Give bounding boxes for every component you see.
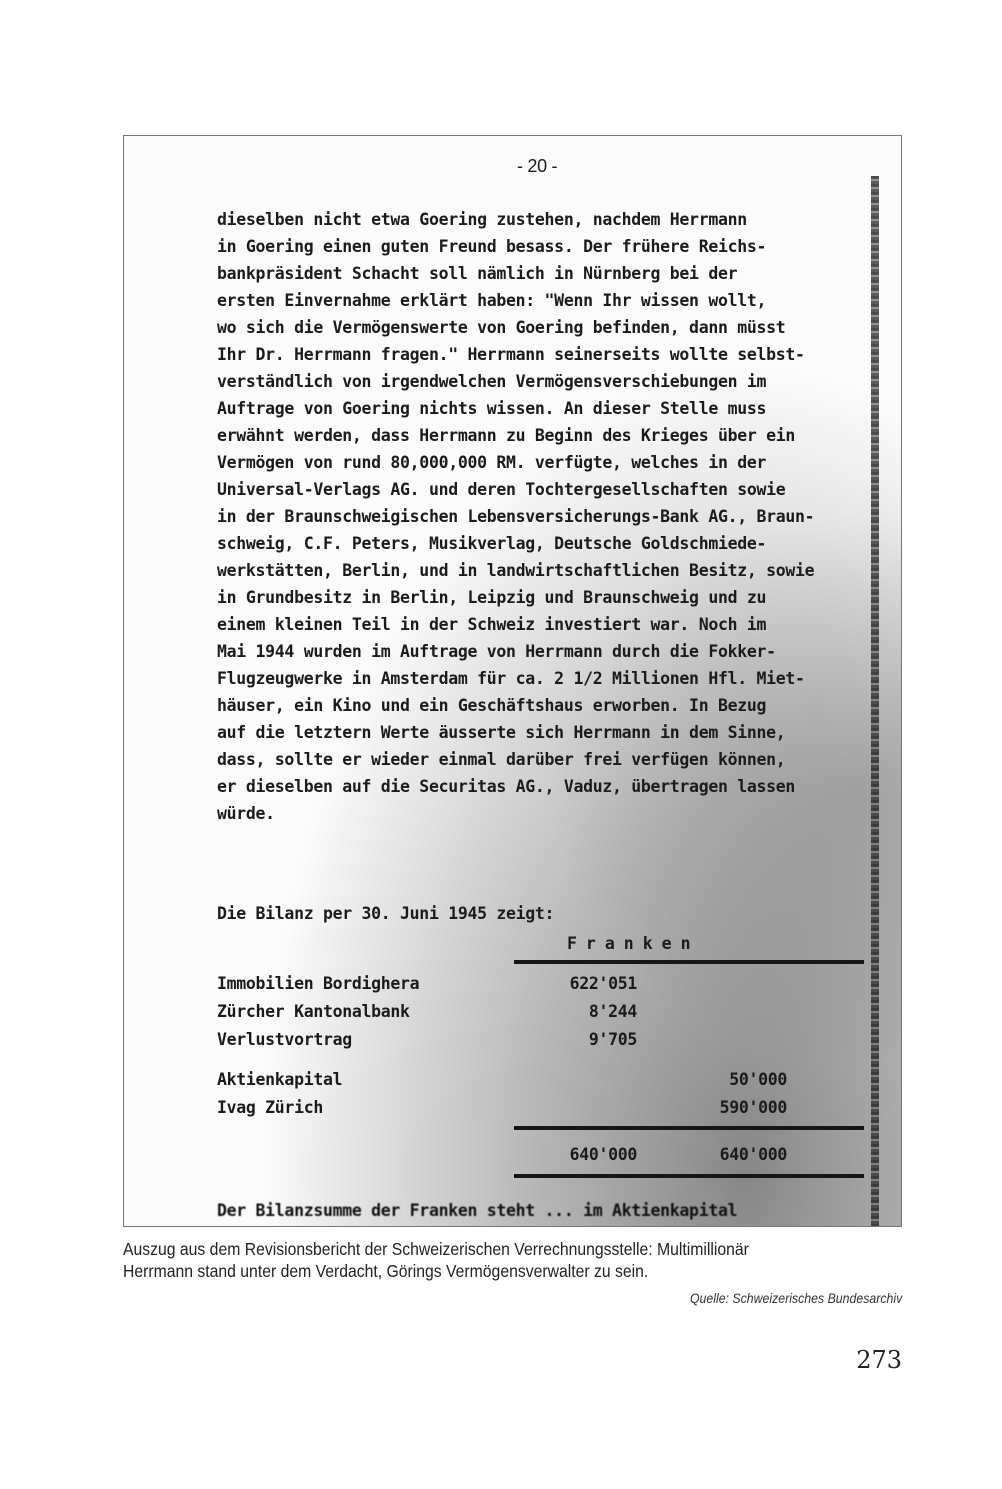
figure-caption: Auszug aus dem Revisionsbericht der Schw… <box>123 1238 825 1282</box>
total-liabilities: 640'000 <box>667 1141 787 1168</box>
scanned-document: - 20 - dieselben nicht etwa Goering zust… <box>123 135 902 1227</box>
paragraph-line: er dieselben auf die Securitas AG., Vadu… <box>217 773 887 800</box>
paragraph-line: werkstätten, Berlin, und in landwirtscha… <box>217 557 887 584</box>
balance-row: Aktienkapital 50'000 <box>217 1066 817 1093</box>
total-assets: 640'000 <box>517 1141 637 1168</box>
row-value: 622'051 <box>517 970 637 997</box>
table-rule-bottom <box>514 1174 864 1178</box>
row-value: 50'000 <box>667 1066 787 1093</box>
paragraph-line: einem kleinen Teil in der Schweiz invest… <box>217 611 887 638</box>
paragraph-line: Mai 1944 wurden im Auftrage von Herrmann… <box>217 638 887 665</box>
paragraph-line: Vermögen von rund 80,000,000 RM. verfügt… <box>217 449 887 476</box>
document-page-marker: - 20 - <box>517 156 557 177</box>
paragraph-line: in Grundbesitz in Berlin, Leipzig und Br… <box>217 584 887 611</box>
paragraph-line: ersten Einvernahme erklärt haben: "Wenn … <box>217 287 887 314</box>
table-rule-middle <box>514 1126 864 1130</box>
page-number: 273 <box>856 1346 902 1374</box>
row-label: Verlustvortrag <box>217 1026 352 1053</box>
row-value: 9'705 <box>517 1026 637 1053</box>
balance-row: Immobilien Bordighera 622'051 <box>217 970 817 997</box>
paragraph-line: auf die letztern Werte äusserte sich Her… <box>217 719 887 746</box>
balance-row: Zürcher Kantonalbank 8'244 <box>217 998 817 1025</box>
paragraph-line: Universal-Verlags AG. und deren Tochterg… <box>217 476 887 503</box>
paragraph-line: würde. <box>217 800 887 827</box>
row-label: Immobilien Bordighera <box>217 970 419 997</box>
document-last-line: Der Bilanzsumme der Franken steht ... im… <box>217 1201 887 1220</box>
row-value: 590'000 <box>667 1094 787 1121</box>
paragraph-line: wo sich die Vermögenswerte von Goering b… <box>217 314 887 341</box>
balance-row: Verlustvortrag 9'705 <box>217 1026 817 1053</box>
balance-totals-row: 640'000 640'000 <box>217 1141 817 1168</box>
row-label: Zürcher Kantonalbank <box>217 998 410 1025</box>
paragraph-line: Ihr Dr. Herrmann fragen." Herrmann seine… <box>217 341 887 368</box>
paragraph-line: in Goering einen guten Freund besass. De… <box>217 233 887 260</box>
document-paragraph: dieselben nicht etwa Goering zustehen, n… <box>217 206 887 827</box>
balance-row: Ivag Zürich 590'000 <box>217 1094 817 1121</box>
paragraph-line: dass, sollte er wieder einmal darüber fr… <box>217 746 887 773</box>
row-label: Aktienkapital <box>217 1066 342 1093</box>
caption-line: Herrmann stand unter dem Verdacht, Görin… <box>123 1260 825 1282</box>
paragraph-line: Auftrage von Goering nichts wissen. An d… <box>217 395 887 422</box>
paragraph-line: verständlich von irgendwelchen Vermögens… <box>217 368 887 395</box>
caption-line: Auszug aus dem Revisionsbericht der Schw… <box>123 1238 825 1260</box>
paragraph-line: schweig, C.F. Peters, Musikverlag, Deuts… <box>217 530 887 557</box>
table-rule-top <box>514 960 864 964</box>
balance-intro: Die Bilanz per 30. Juni 1945 zeigt: <box>217 904 554 923</box>
caption-source: Quelle: Schweizerisches Bundesarchiv <box>690 1290 902 1306</box>
paragraph-line: häuser, ein Kino und ein Geschäftshaus e… <box>217 692 887 719</box>
row-value: 8'244 <box>517 998 637 1025</box>
paragraph-line: dieselben nicht etwa Goering zustehen, n… <box>217 206 887 233</box>
row-label: Ivag Zürich <box>217 1094 323 1121</box>
paragraph-line: bankpräsident Schacht soll nämlich in Nü… <box>217 260 887 287</box>
paragraph-line: Flugzeugwerke in Amsterdam für ca. 2 1/2… <box>217 665 887 692</box>
paragraph-line: erwähnt werden, dass Herrmann zu Beginn … <box>217 422 887 449</box>
currency-header: Franken <box>567 934 700 953</box>
paragraph-line: in der Braunschweigischen Lebensversiche… <box>217 503 887 530</box>
